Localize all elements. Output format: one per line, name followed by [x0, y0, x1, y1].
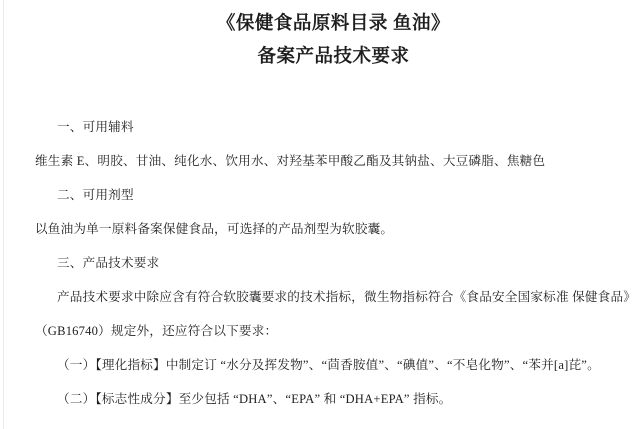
section-3-heading: 三、产品技术要求	[35, 246, 632, 280]
item-2-marker-components: （二）【标志性成分】至少包括 “DHA”、“EPA” 和 “DHA+EPA” 指…	[35, 382, 632, 416]
section-1-heading: 一、可用辅料	[35, 110, 632, 144]
document-body: 一、可用辅料 维生素 E、明胶、甘油、纯化水、饮用水、对羟基苯甲酸乙酯及其钠盐、…	[35, 110, 632, 416]
excipients-list-line: 维生素 E、明胶、甘油、纯化水、饮用水、对羟基苯甲酸乙酯及其钠盐、大豆磷脂、焦糖…	[35, 144, 632, 178]
technical-requirements-line-1: 产品技术要求中除应含有符合软胶囊要求的技术指标，微生物指标符合《食品安全国家标准…	[35, 280, 632, 314]
technical-requirements-line-2: （GB16740）规定外，还应符合以下要求：	[35, 314, 632, 348]
item-1-physicochemical-indicators: （一）【理化指标】中制定订 “水分及挥发物”、“茴香胺值”、“碘值”、“不皂化物…	[35, 348, 632, 382]
document-page: 《保健食品原料目录 鱼油》 备案产品技术要求 一、可用辅料 维生素 E、明胶、甘…	[0, 0, 637, 429]
dosage-form-line: 以鱼油为单一原料备案保健食品，可选择的产品剂型为软胶囊。	[35, 212, 632, 246]
document-subtitle: 备案产品技术要求	[35, 41, 632, 74]
scan-edge-line	[3, 0, 4, 429]
document-title: 《保健食品原料目录 鱼油》	[35, 8, 632, 41]
section-2-heading: 二、可用剂型	[35, 178, 632, 212]
